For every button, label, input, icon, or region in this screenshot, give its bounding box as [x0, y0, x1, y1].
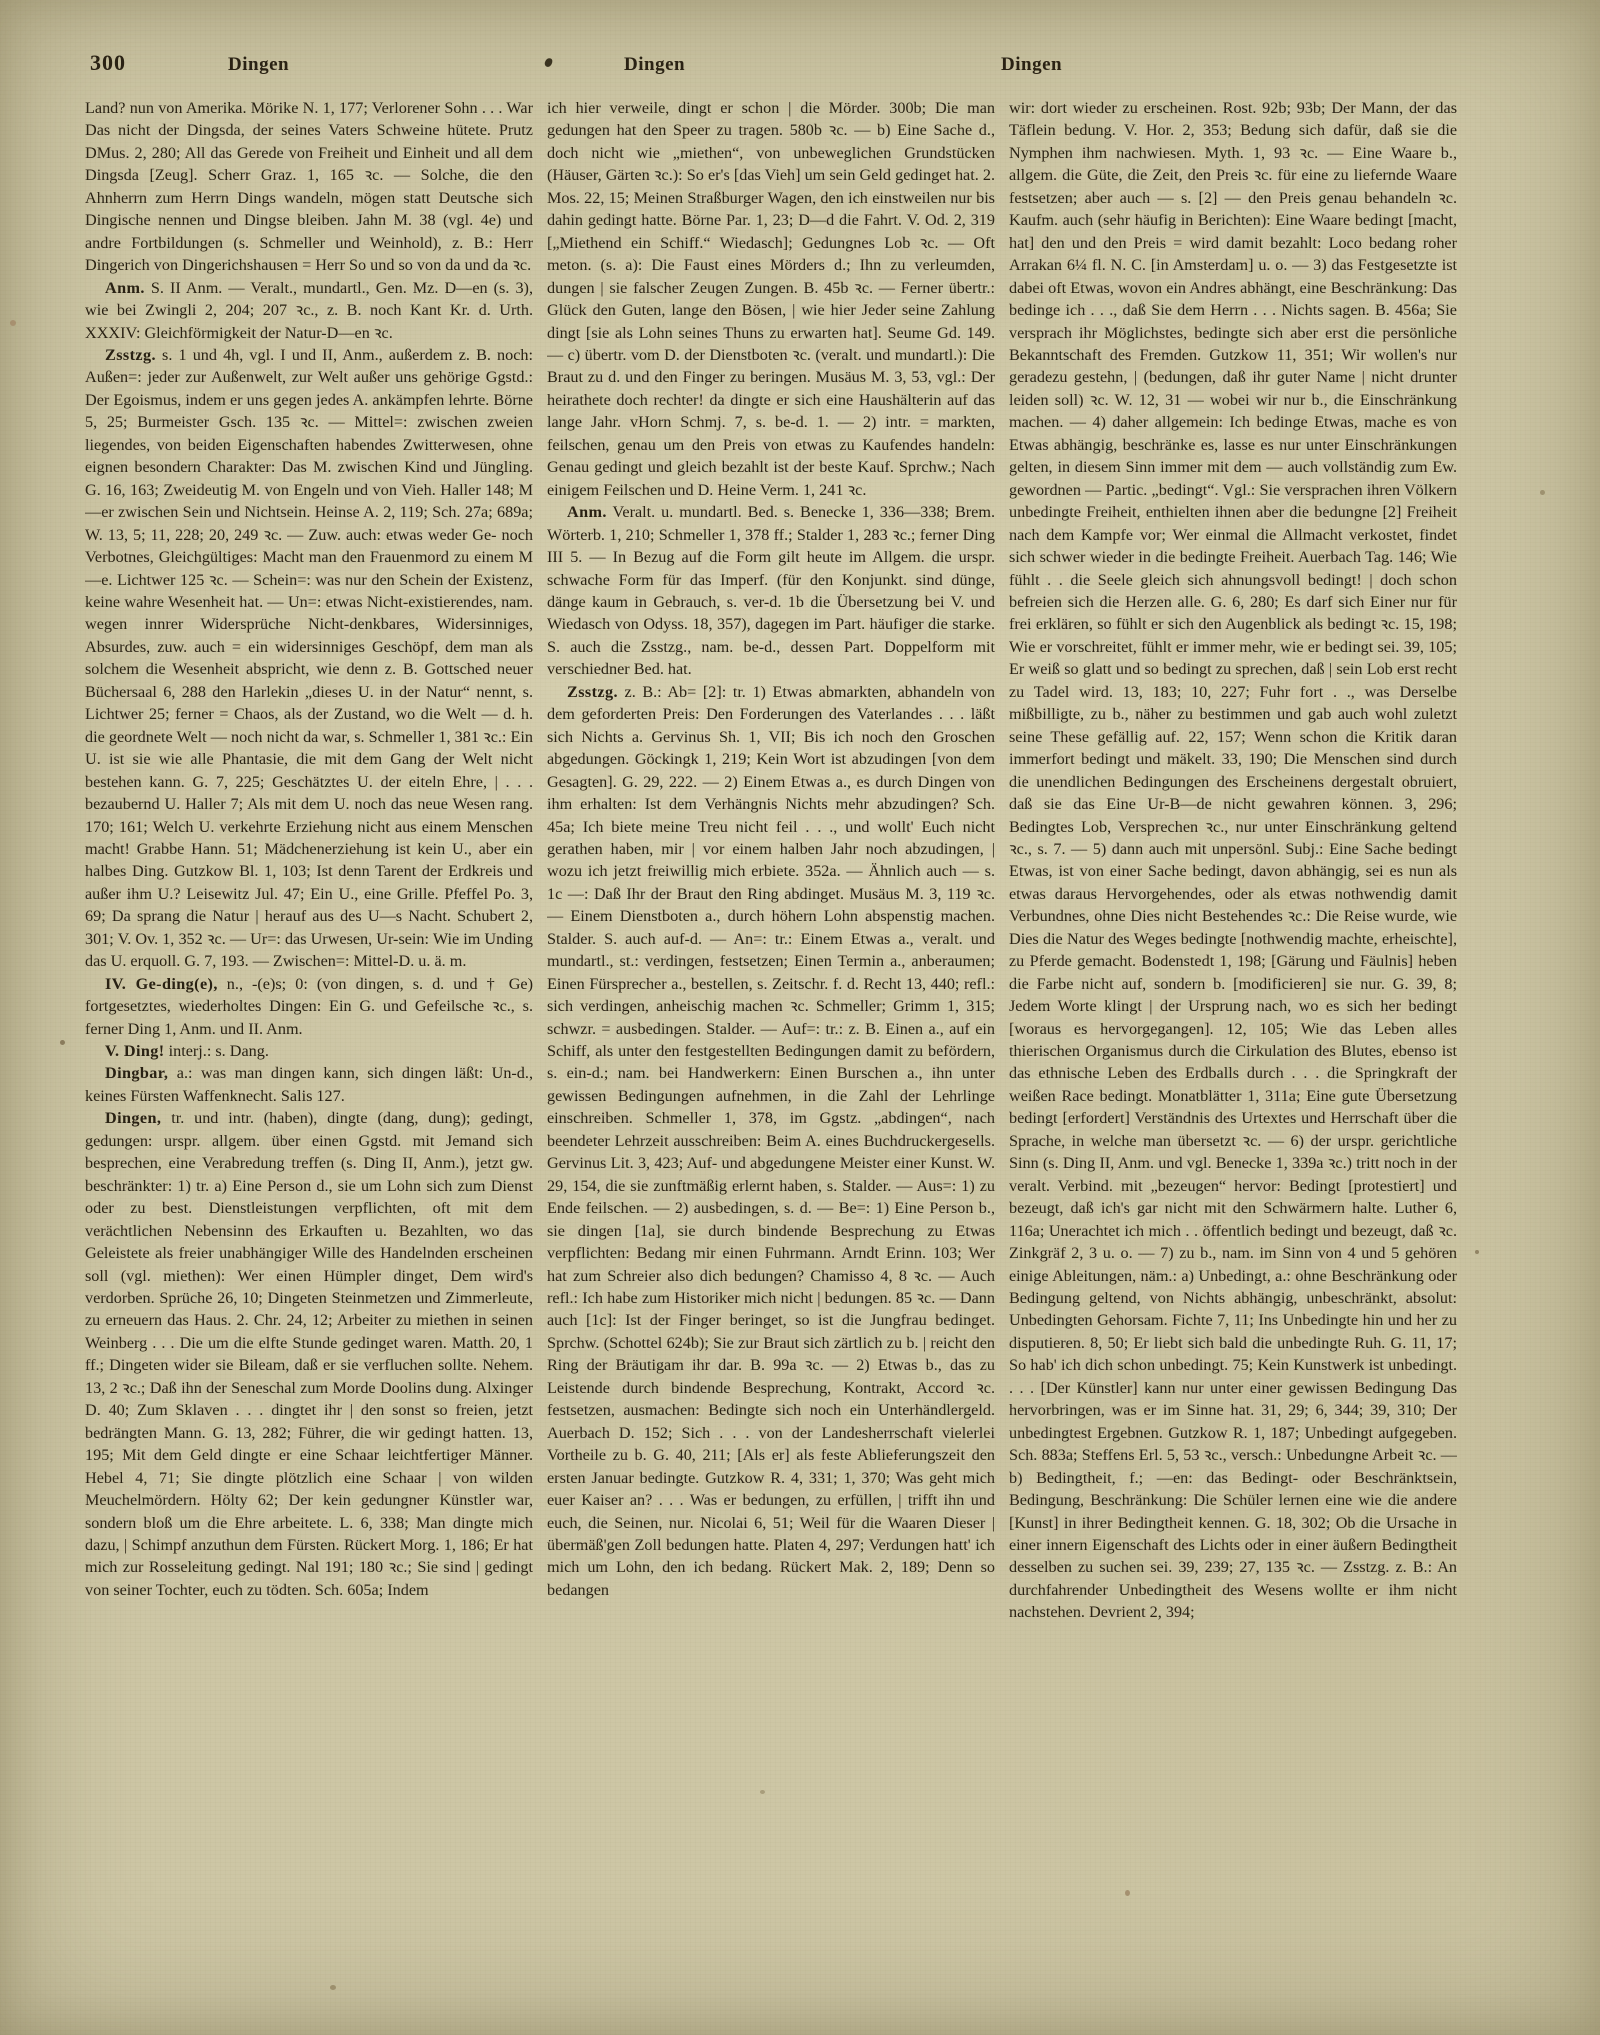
entry-headword: Anm.: [567, 503, 607, 521]
running-head-column-2: Dingen: [624, 54, 685, 76]
running-head-column-3: Dingen: [1001, 54, 1062, 76]
running-head-column-1: Dingen: [228, 54, 289, 76]
entry-headword: Anm.: [105, 279, 145, 297]
text-column-1: Land? nun von Amerika. Mörike N. 1, 177;…: [85, 97, 533, 1912]
paper-speck: [10, 320, 16, 326]
paragraph: Dingbar, a.: was man dingen kann, sich d…: [85, 1062, 533, 1107]
entry-headword: Zsstzg.: [105, 346, 156, 364]
text-area: Land? nun von Amerika. Mörike N. 1, 177;…: [85, 97, 1459, 1912]
paragraph: ich hier verweile, dingt er schon | die …: [547, 97, 995, 501]
paper-speck: [330, 1985, 336, 1990]
entry-headword: V. Ding!: [105, 1042, 165, 1060]
entry-headword: Dingen,: [105, 1109, 161, 1127]
paragraph: Anm. Veralt. u. mundartl. Bed. s. Beneck…: [547, 501, 995, 681]
paper-speck: [1540, 490, 1545, 495]
paragraph: V. Ding! interj.: s. Dang.: [85, 1040, 533, 1062]
paragraph: IV. Ge-ding(e), n., -(e)s; 0: (von dinge…: [85, 973, 533, 1040]
entry-headword: Dingbar,: [105, 1064, 168, 1082]
entry-headword: IV. Ge-ding(e),: [105, 975, 218, 993]
text-column-3: wir: dort wieder zu erscheinen. Rost. 92…: [1009, 97, 1457, 1912]
dictionary-page: { "page": { "number": "300", "running_he…: [0, 0, 1600, 2035]
paragraph: wir: dort wieder zu erscheinen. Rost. 92…: [1009, 97, 1457, 1624]
paragraph: Dingen, tr. und intr. (haben), dingte (d…: [85, 1107, 533, 1601]
paragraph: Zsstzg. z. B.: Ab= [2]: tr. 1) Etwas abm…: [547, 681, 995, 1602]
text-column-2: ich hier verweile, dingt er schon | die …: [547, 97, 995, 1912]
page-number: 300: [90, 50, 126, 76]
paragraph: Anm. S. II Anm. — Veralt., mundartl., Ge…: [85, 277, 533, 344]
ink-speck: [544, 57, 553, 68]
entry-headword: Zsstzg.: [567, 683, 618, 701]
paper-speck: [1475, 1250, 1479, 1254]
paper-speck: [60, 1040, 65, 1045]
paragraph: Land? nun von Amerika. Mörike N. 1, 177;…: [85, 97, 533, 277]
paragraph: Zsstzg. s. 1 und 4h, vgl. I und II, Anm.…: [85, 344, 533, 973]
